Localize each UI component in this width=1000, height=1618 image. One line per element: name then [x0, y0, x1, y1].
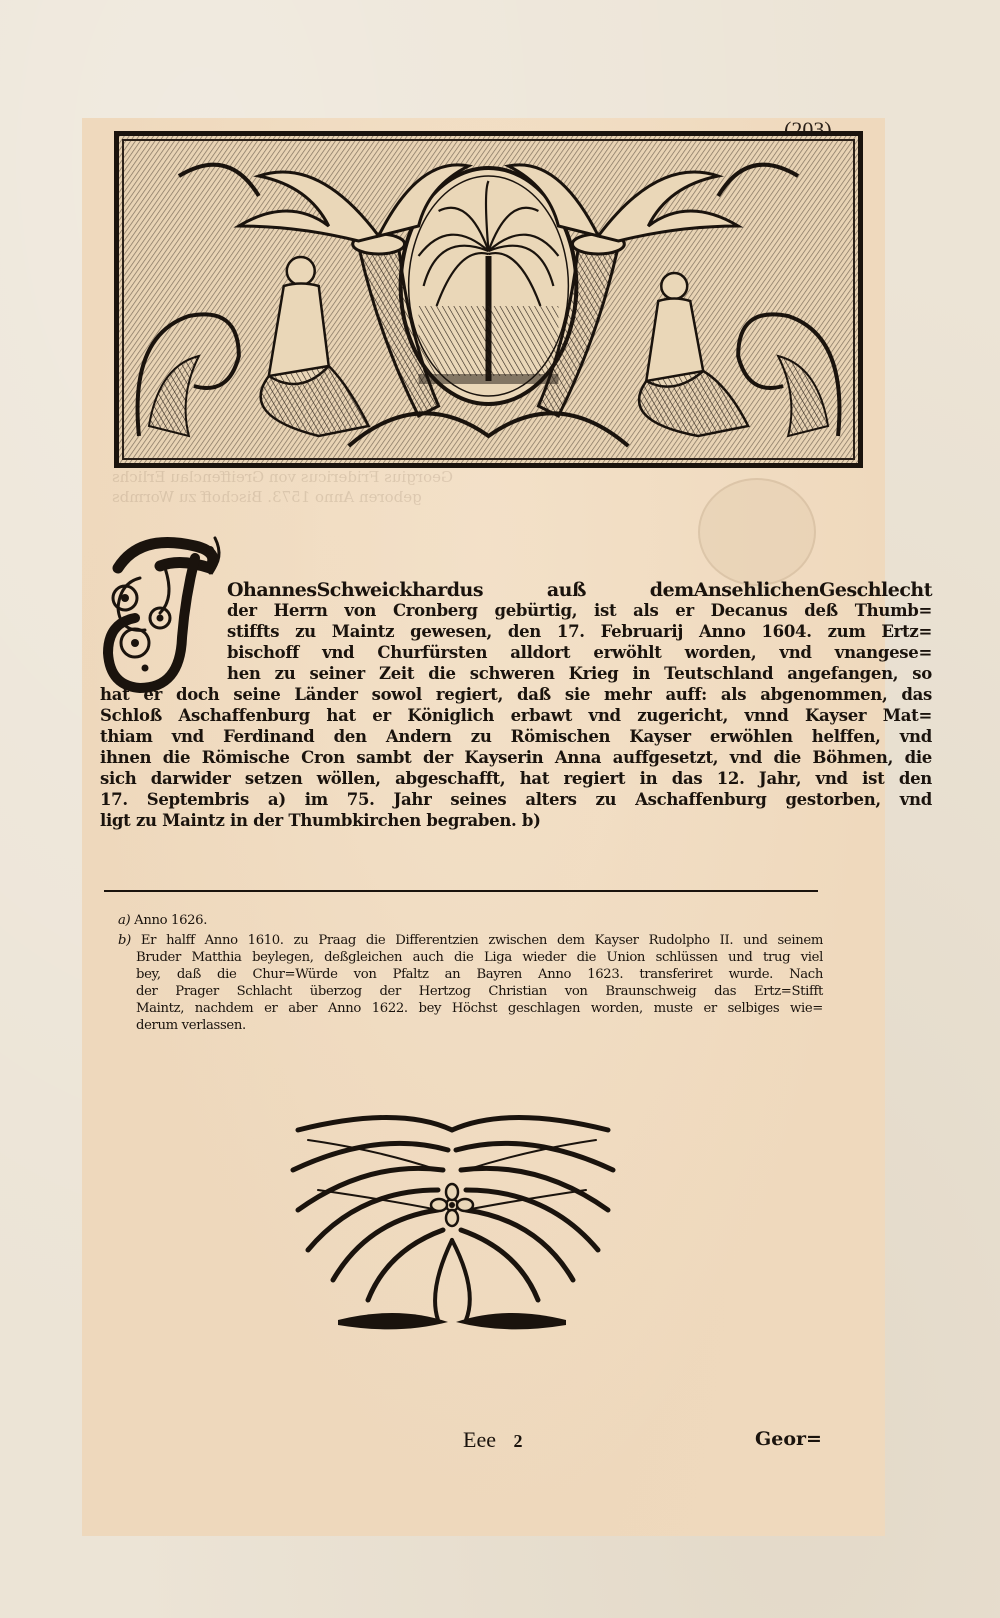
show-through-text: geboren Anno 1573. Bischoff zu Wormbs	[112, 488, 422, 506]
catchword: Geor=	[755, 1428, 822, 1450]
signature-mark: Eee 2	[463, 1427, 522, 1453]
drop-cap-initial	[100, 528, 228, 696]
footnote-text: Bruder Matthia beylegen, deßgleichen auc…	[136, 949, 823, 966]
footnote-text: der Prager Schlacht überzog der Hertzog …	[136, 983, 823, 1000]
text-line: bischoff vnd Churfürsten alldort erwöhlt…	[227, 642, 932, 663]
text-line: thiam vnd Ferdinand den Andern zu Römisc…	[100, 726, 932, 747]
signature-letters: Eee	[463, 1427, 496, 1452]
headpiece-engraving	[114, 131, 863, 468]
footnote-text: Er halff Anno 1610. zu Praag die Differe…	[141, 933, 823, 948]
text-line: OhannesSchweickhardus auß demAnsehlichen…	[227, 580, 932, 601]
footnote-marker: a)	[118, 913, 130, 928]
tailpiece-ornament	[278, 1110, 626, 1346]
text-line: ihnen die Römische Cron sambt der Kayser…	[100, 747, 932, 768]
footnote-text: bey, daß die Chur=Würde von Pfaltz an Ba…	[136, 966, 823, 983]
text-line: Schloß Aschaffenburg hat er Königlich er…	[100, 705, 932, 726]
text-line: der Herrn von Cronberg gebürtig, ist als…	[227, 600, 932, 621]
signature-number: 2	[513, 1431, 522, 1451]
footnote-text: Maintz, nachdem er aber Anno 1622. bey H…	[136, 1000, 823, 1017]
show-through-text: Georgius Fridericus von Greiffenclau Erl…	[112, 468, 453, 486]
footnote-rule	[104, 890, 818, 892]
footnote-text: Anno 1626.	[134, 913, 207, 928]
footnote-b: b) Er halff Anno 1610. zu Praag die Diff…	[118, 932, 823, 949]
text-line: hat er doch seine Länder sowol regiert, …	[100, 684, 932, 705]
paper-stain	[698, 478, 816, 586]
text-line: stiffts zu Maintz gewesen, den 17. Febru…	[227, 621, 932, 642]
footnote-text: derum verlassen.	[136, 1017, 246, 1034]
palm-tree-cornucopia-icon	[119, 136, 858, 463]
footnote-a: a) Anno 1626.	[118, 912, 207, 929]
text-line: sich darwider setzen wöllen, abgeschafft…	[100, 768, 932, 789]
footnote-marker: b)	[118, 933, 131, 948]
text-line: 17. Septembris a) im 75. Jahr seines alt…	[100, 789, 932, 810]
text-line: ligt zu Maintz in der Thumbkirchen begra…	[100, 810, 520, 831]
decorative-initial-j-icon	[100, 528, 228, 696]
book-leaf: Georgius Fridericus von Greiffenclau Erl…	[0, 0, 1000, 1618]
foliage-flower-icon	[278, 1110, 626, 1346]
text-line: hen zu seiner Zeit die schweren Krieg in…	[227, 663, 932, 684]
